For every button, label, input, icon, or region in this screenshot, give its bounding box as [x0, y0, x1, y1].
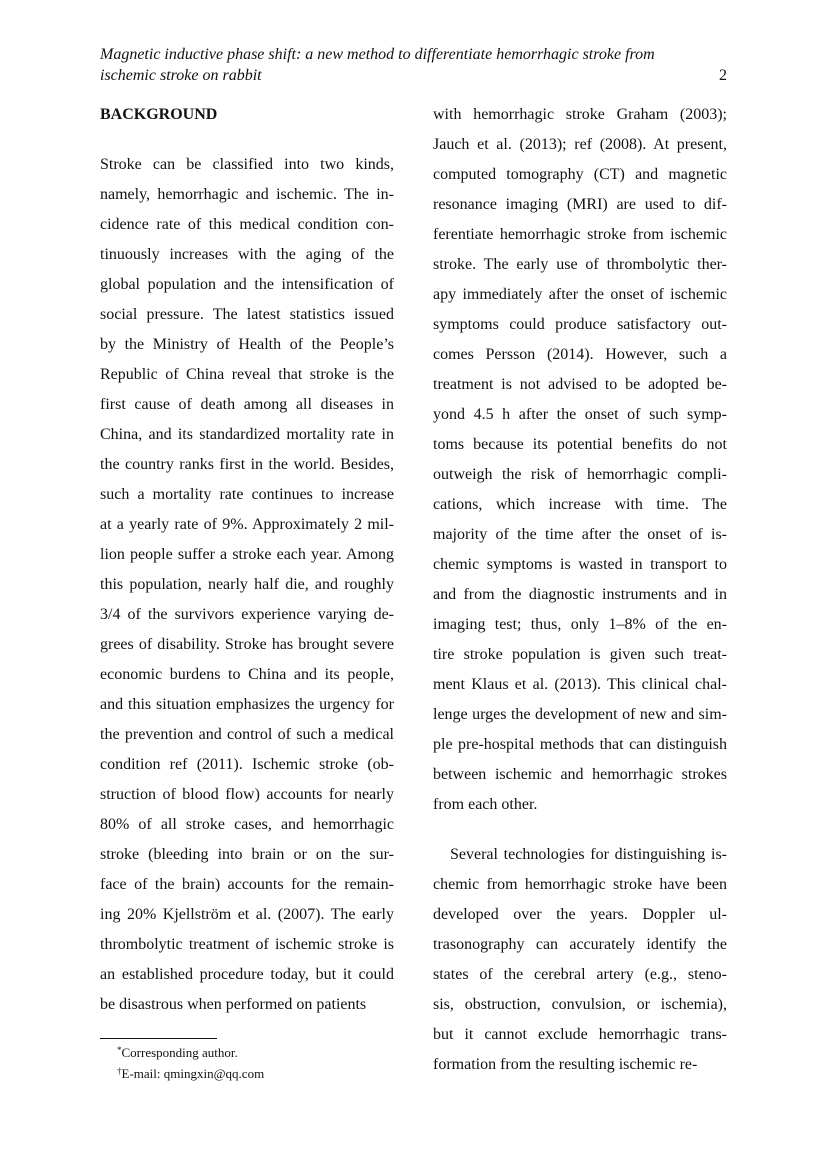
text-line: ing 20% Kjellström et al. (2007). The ea… — [100, 900, 394, 930]
text-line: yond 4.5 h after the onset of such symp- — [433, 400, 727, 430]
footnote-email-text: E-mail: qmingxin@qq.com — [122, 1066, 265, 1081]
text-line: such a mortality rate continues to incre… — [100, 480, 394, 510]
right-paragraph-2: Several technologies for distinguishing … — [433, 840, 727, 1080]
text-line: resonance imaging (MRI) are used to dif- — [433, 190, 727, 220]
text-line: the country ranks first in the world. Be… — [100, 450, 394, 480]
header-title-line-1: Magnetic inductive phase shift: a new me… — [100, 44, 727, 65]
section-heading: BACKGROUND — [100, 105, 217, 125]
text-line: computed tomography (CT) and magnetic — [433, 160, 727, 190]
text-line: ment Klaus et al. (2013). This clinical … — [433, 670, 727, 700]
text-line: tinuously increases with the aging of th… — [100, 240, 394, 270]
left-paragraph-1: Stroke can be classified into two kinds,… — [100, 150, 394, 1020]
text-line: trasonography can accurately identify th… — [433, 930, 727, 960]
text-line: chemic from hemorrhagic stroke have been — [433, 870, 727, 900]
text-line: Stroke can be classified into two kinds, — [100, 150, 394, 180]
text-line: social pressure. The latest statistics i… — [100, 300, 394, 330]
text-line: lenge urges the development of new and s… — [433, 700, 727, 730]
text-line: ferentiate hemorrhagic stroke from ische… — [433, 220, 727, 250]
text-line: cidence rate of this medical condition c… — [100, 210, 394, 240]
text-line: ple pre-hospital methods that can distin… — [433, 730, 727, 760]
text-line: condition ref (2011). Ischemic stroke (o… — [100, 750, 394, 780]
text-line: cations, which increase with time. The — [433, 490, 727, 520]
text-line: states of the cerebral artery (e.g., ste… — [433, 960, 727, 990]
header-title-line-2: ischemic stroke on rabbit — [100, 65, 727, 86]
text-line: Several technologies for distinguishing … — [433, 840, 727, 870]
text-line: Jauch et al. (2013); ref (2008). At pres… — [433, 130, 727, 160]
text-line: and this situation emphasizes the urgenc… — [100, 690, 394, 720]
text-line: this population, nearly half die, and ro… — [100, 570, 394, 600]
text-line: 3/4 of the survivors experience varying … — [100, 600, 394, 630]
text-line: toms because its potential benefits do n… — [433, 430, 727, 460]
text-line: treatment is not advised to be adopted b… — [433, 370, 727, 400]
text-line: first cause of death among all diseases … — [100, 390, 394, 420]
text-line: with hemorrhagic stroke Graham (2003); — [433, 100, 727, 130]
text-line: grees of disability. Stroke has brought … — [100, 630, 394, 660]
text-line: be disastrous when performed on patients — [100, 990, 394, 1020]
footnote-corresponding-text: Corresponding author. — [122, 1045, 238, 1060]
page-number: 2 — [719, 65, 727, 86]
text-line: imaging test; thus, only 1–8% of the en- — [433, 610, 727, 640]
text-line: an established procedure today, but it c… — [100, 960, 394, 990]
text-line: at a yearly rate of 9%. Approximately 2 … — [100, 510, 394, 540]
text-line: sis, obstruction, convulsion, or ischemi… — [433, 990, 727, 1020]
text-line: global population and the intensificatio… — [100, 270, 394, 300]
text-line: apy immediately after the onset of ische… — [433, 280, 727, 310]
right-paragraph-1: with hemorrhagic stroke Graham (2003);Ja… — [433, 100, 727, 820]
footnotes: *Corresponding author. †E-mail: qmingxin… — [117, 1041, 264, 1083]
footnote-divider — [100, 1038, 217, 1039]
text-line: chemic symptoms is wasted in transport t… — [433, 550, 727, 580]
footnote-corresponding-author: *Corresponding author. — [117, 1041, 264, 1062]
text-line: between ischemic and hemorrhagic strokes — [433, 760, 727, 790]
text-line: symptoms could produce satisfactory out- — [433, 310, 727, 340]
text-line: thrombolytic treatment of ischemic strok… — [100, 930, 394, 960]
text-line: China, and its standardized mortality ra… — [100, 420, 394, 450]
text-line: from each other. — [433, 790, 727, 820]
running-header: Magnetic inductive phase shift: a new me… — [100, 44, 727, 86]
text-line: and from the diagnostic instruments and … — [433, 580, 727, 610]
text-line: outweigh the risk of hemorrhagic compli- — [433, 460, 727, 490]
text-line: face of the brain) accounts for the rema… — [100, 870, 394, 900]
text-line: by the Ministry of Health of the People’… — [100, 330, 394, 360]
text-line: 80% of all stroke cases, and hemorrhagic — [100, 810, 394, 840]
text-line: developed over the years. Doppler ul- — [433, 900, 727, 930]
text-line: namely, hemorrhagic and ischemic. The in… — [100, 180, 394, 210]
text-line: struction of blood flow) accounts for ne… — [100, 780, 394, 810]
text-line: Republic of China reveal that stroke is … — [100, 360, 394, 390]
text-line: economic burdens to China and its people… — [100, 660, 394, 690]
text-line: lion people suffer a stroke each year. A… — [100, 540, 394, 570]
text-line: but it cannot exclude hemorrhagic trans- — [433, 1020, 727, 1050]
text-line: stroke (bleeding into brain or on the su… — [100, 840, 394, 870]
text-line: comes Persson (2014). However, such a — [433, 340, 727, 370]
text-line: formation from the resulting ischemic re… — [433, 1050, 727, 1080]
text-line: stroke. The early use of thrombolytic th… — [433, 250, 727, 280]
text-line: majority of the time after the onset of … — [433, 520, 727, 550]
footnote-email: †E-mail: qmingxin@qq.com — [117, 1062, 264, 1083]
text-line: the prevention and control of such a med… — [100, 720, 394, 750]
text-line: tire stroke population is given such tre… — [433, 640, 727, 670]
